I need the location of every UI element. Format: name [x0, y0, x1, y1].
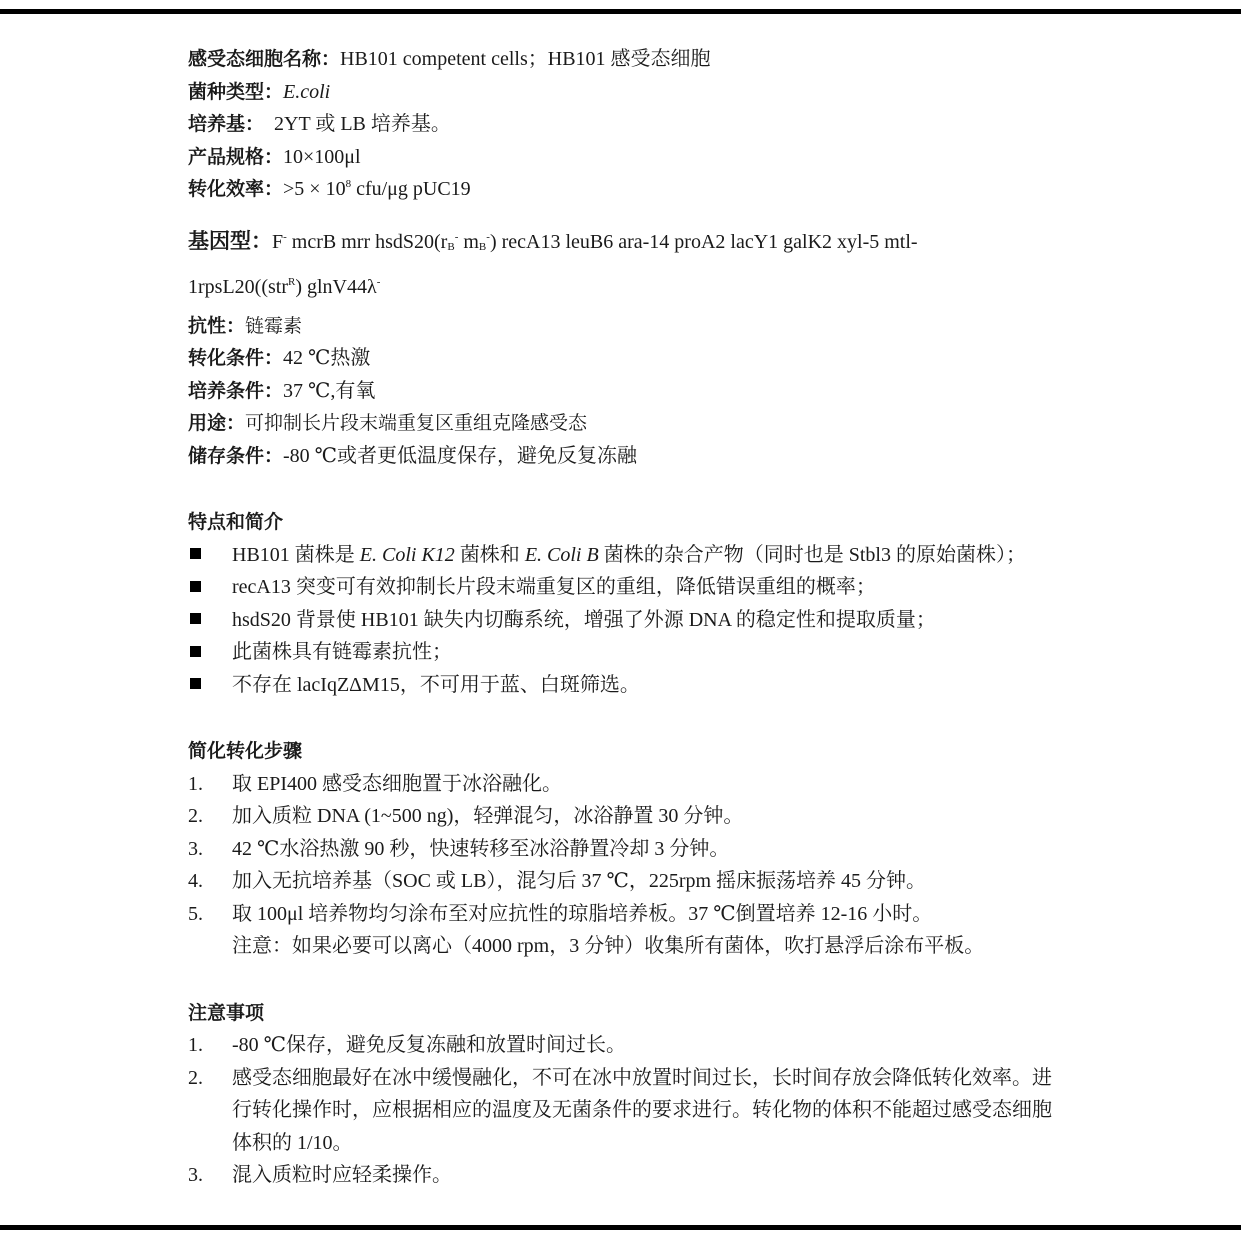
protocol-step: 1. 取 EPI400 感受态细胞置于冰浴融化。: [188, 768, 1058, 801]
spec-value: HB101 competent cells；HB101 感受态细胞: [340, 48, 711, 70]
spec-value: 可抑制长片段末端重复区重组克隆感受态: [245, 412, 587, 434]
precaution-text: 感受态细胞最好在冰中缓慢融化，不可在冰中放置时间过长，长时间存放会降低转化效率。…: [232, 1062, 1058, 1160]
italic-part: E. Coli B: [525, 544, 599, 566]
precaution-item: 1. -80 ℃保存，避免反复冻融和放置时间过长。: [188, 1029, 1058, 1062]
spec-label: 培养条件：: [188, 380, 283, 402]
protocol-note: 注意：如果必要可以离心（4000 rpm，3 分钟）收集所有菌体，吹打悬浮后涂布…: [188, 930, 1058, 963]
spec-label: 抗性：: [188, 315, 245, 337]
square-bullet-icon: [190, 646, 201, 657]
spec-label: 基因型：: [188, 229, 272, 253]
top-border-rule: [0, 9, 1241, 14]
feature-text: hsdS20 背景使 HB101 缺失内切酶系统，增强了外源 DNA 的稳定性和…: [232, 604, 1058, 637]
spec-label: 感受态细胞名称：: [188, 48, 340, 70]
genotype-part: ) recA13 leuB6 ara-14 proA2 lacY1 galK2 …: [490, 231, 918, 253]
step-number: 4.: [188, 865, 232, 898]
square-bullet-icon: [190, 581, 201, 592]
step-number: 1.: [188, 768, 232, 801]
square-bullet-icon: [190, 548, 201, 559]
spec-label: 用途：: [188, 412, 245, 434]
features-title: 特点和简介: [188, 506, 1058, 539]
spec-label: 转化条件：: [188, 347, 283, 369]
feature-text: 不存在 lacIqZΔM15，不可用于蓝、白斑筛选。: [232, 669, 1058, 702]
spec-value: 10×100μl: [283, 146, 361, 168]
spec-value: 链霉素: [245, 315, 302, 337]
step-number: 2.: [188, 800, 232, 833]
text-part: 菌株和: [455, 544, 525, 566]
precaution-text: 混入质粒时应轻柔操作。: [232, 1159, 1058, 1192]
step-text: 加入无抗培养基（SOC 或 LB），混匀后 37 ℃，225rpm 摇床振荡培养…: [232, 865, 1058, 898]
protocol-step: 2. 加入质粒 DNA (1~500 ng)，轻弹混匀，冰浴静置 30 分钟。: [188, 800, 1058, 833]
italic-part: E. Coli K12: [360, 544, 455, 566]
step-text: 取 100μl 培养物均匀涂布至对应抗性的琼脂培养板。37 ℃倒置培养 12-1…: [232, 898, 1058, 931]
feature-item: recA13 突变可有效抑制长片段末端重复区的重组，降低错误重组的概率；: [188, 571, 1058, 604]
precaution-number: 2.: [188, 1062, 232, 1160]
spec-genotype-continued: 1rpsL20((strR) glnV44λ-: [188, 264, 1058, 310]
spec-label: 转化效率：: [188, 178, 283, 200]
feature-item: HB101 菌株是 E. Coli K12 菌株和 E. Coli B 菌株的杂…: [188, 539, 1058, 572]
spec-value-prefix: >5 × 10: [283, 178, 346, 200]
genotype-part: F: [272, 231, 283, 253]
square-bullet-icon: [190, 678, 201, 689]
precaution-item: 3. 混入质粒时应轻柔操作。: [188, 1159, 1058, 1192]
feature-item: 此菌株具有链霉素抗性；: [188, 636, 1058, 669]
precaution-item: 2. 感受态细胞最好在冰中缓慢融化，不可在冰中放置时间过长，长时间存放会降低转化…: [188, 1062, 1058, 1160]
precaution-number: 3.: [188, 1159, 232, 1192]
step-text: 42 ℃水浴热激 90 秒，快速转移至冰浴静置冷却 3 分钟。: [232, 833, 1058, 866]
protocol-step: 3. 42 ℃水浴热激 90 秒，快速转移至冰浴静置冷却 3 分钟。: [188, 833, 1058, 866]
text-part: 菌株的杂合产物（同时也是 Stbl3 的原始菌株）；: [599, 544, 1026, 566]
genotype-sup: -: [377, 276, 381, 288]
spec-medium: 培养基： 2YT 或 LB 培养基。: [188, 108, 1058, 141]
spec-label: 储存条件：: [188, 445, 283, 467]
spec-package: 产品规格：10×100μl: [188, 141, 1058, 174]
spec-resistance: 抗性：链霉素: [188, 310, 1058, 343]
spec-label: 产品规格：: [188, 146, 283, 168]
feature-text: 此菌株具有链霉素抗性；: [232, 636, 1058, 669]
spec-value: 42 ℃热激: [283, 347, 370, 369]
spec-value: -80 ℃或者更低温度保存，避免反复冻融: [283, 445, 637, 467]
step-text: 取 EPI400 感受态细胞置于冰浴融化。: [232, 768, 1058, 801]
spec-storage: 储存条件：-80 ℃或者更低温度保存，避免反复冻融: [188, 440, 1058, 473]
square-bullet-icon: [190, 613, 201, 624]
product-sheet: 感受态细胞名称：HB101 competent cells；HB101 感受态细…: [188, 43, 1058, 1192]
step-text: 加入质粒 DNA (1~500 ng)，轻弹混匀，冰浴静置 30 分钟。: [232, 800, 1058, 833]
spec-label: 培养基：: [188, 113, 264, 135]
precaution-text: -80 ℃保存，避免反复冻融和放置时间过长。: [232, 1029, 1058, 1062]
text-part: HB101 菌株是: [232, 544, 360, 566]
spec-usage: 用途：可抑制长片段末端重复区重组克隆感受态: [188, 407, 1058, 440]
protocol-step: 5. 取 100μl 培养物均匀涂布至对应抗性的琼脂培养板。37 ℃倒置培养 1…: [188, 898, 1058, 931]
spec-name: 感受态细胞名称：HB101 competent cells；HB101 感受态细…: [188, 43, 1058, 76]
spec-genotype: 基因型：F- mcrB mrr hsdS20(rB- mB-) recA13 l…: [188, 218, 1058, 264]
spec-value: 2YT 或 LB 培养基。: [274, 113, 451, 135]
spec-efficiency: 转化效率：>5 × 108 cfu/μg pUC19: [188, 173, 1058, 206]
step-number: 3.: [188, 833, 232, 866]
step-number: 5.: [188, 898, 232, 931]
precaution-number: 1.: [188, 1029, 232, 1062]
spec-transform-condition: 转化条件：42 ℃热激: [188, 342, 1058, 375]
genotype-part: mcrB mrr hsdS20(r: [287, 231, 448, 253]
genotype-part: m: [458, 231, 479, 253]
protocol-title: 简化转化步骤: [188, 735, 1058, 768]
spec-value: E.coli: [283, 81, 330, 103]
protocol-step: 4. 加入无抗培养基（SOC 或 LB），混匀后 37 ℃，225rpm 摇床振…: [188, 865, 1058, 898]
genotype-part: 1rpsL20((str: [188, 276, 288, 298]
feature-item: hsdS20 背景使 HB101 缺失内切酶系统，增强了外源 DNA 的稳定性和…: [188, 604, 1058, 637]
precautions-title: 注意事项: [188, 997, 1058, 1030]
spec-value-suffix: cfu/μg pUC19: [351, 178, 471, 200]
genotype-sub: B: [447, 241, 454, 253]
feature-item: 不存在 lacIqZΔM15，不可用于蓝、白斑筛选。: [188, 669, 1058, 702]
spec-label: 菌种类型：: [188, 81, 283, 103]
bottom-border-rule: [0, 1225, 1241, 1230]
genotype-part: ) glnV44λ: [295, 276, 376, 298]
feature-text: recA13 突变可有效抑制长片段末端重复区的重组，降低错误重组的概率；: [232, 571, 1058, 604]
spec-strain-type: 菌种类型：E.coli: [188, 76, 1058, 109]
spec-value: 37 ℃,有氧: [283, 380, 375, 402]
spec-culture-condition: 培养条件：37 ℃,有氧: [188, 375, 1058, 408]
feature-text: HB101 菌株是 E. Coli K12 菌株和 E. Coli B 菌株的杂…: [232, 539, 1058, 572]
